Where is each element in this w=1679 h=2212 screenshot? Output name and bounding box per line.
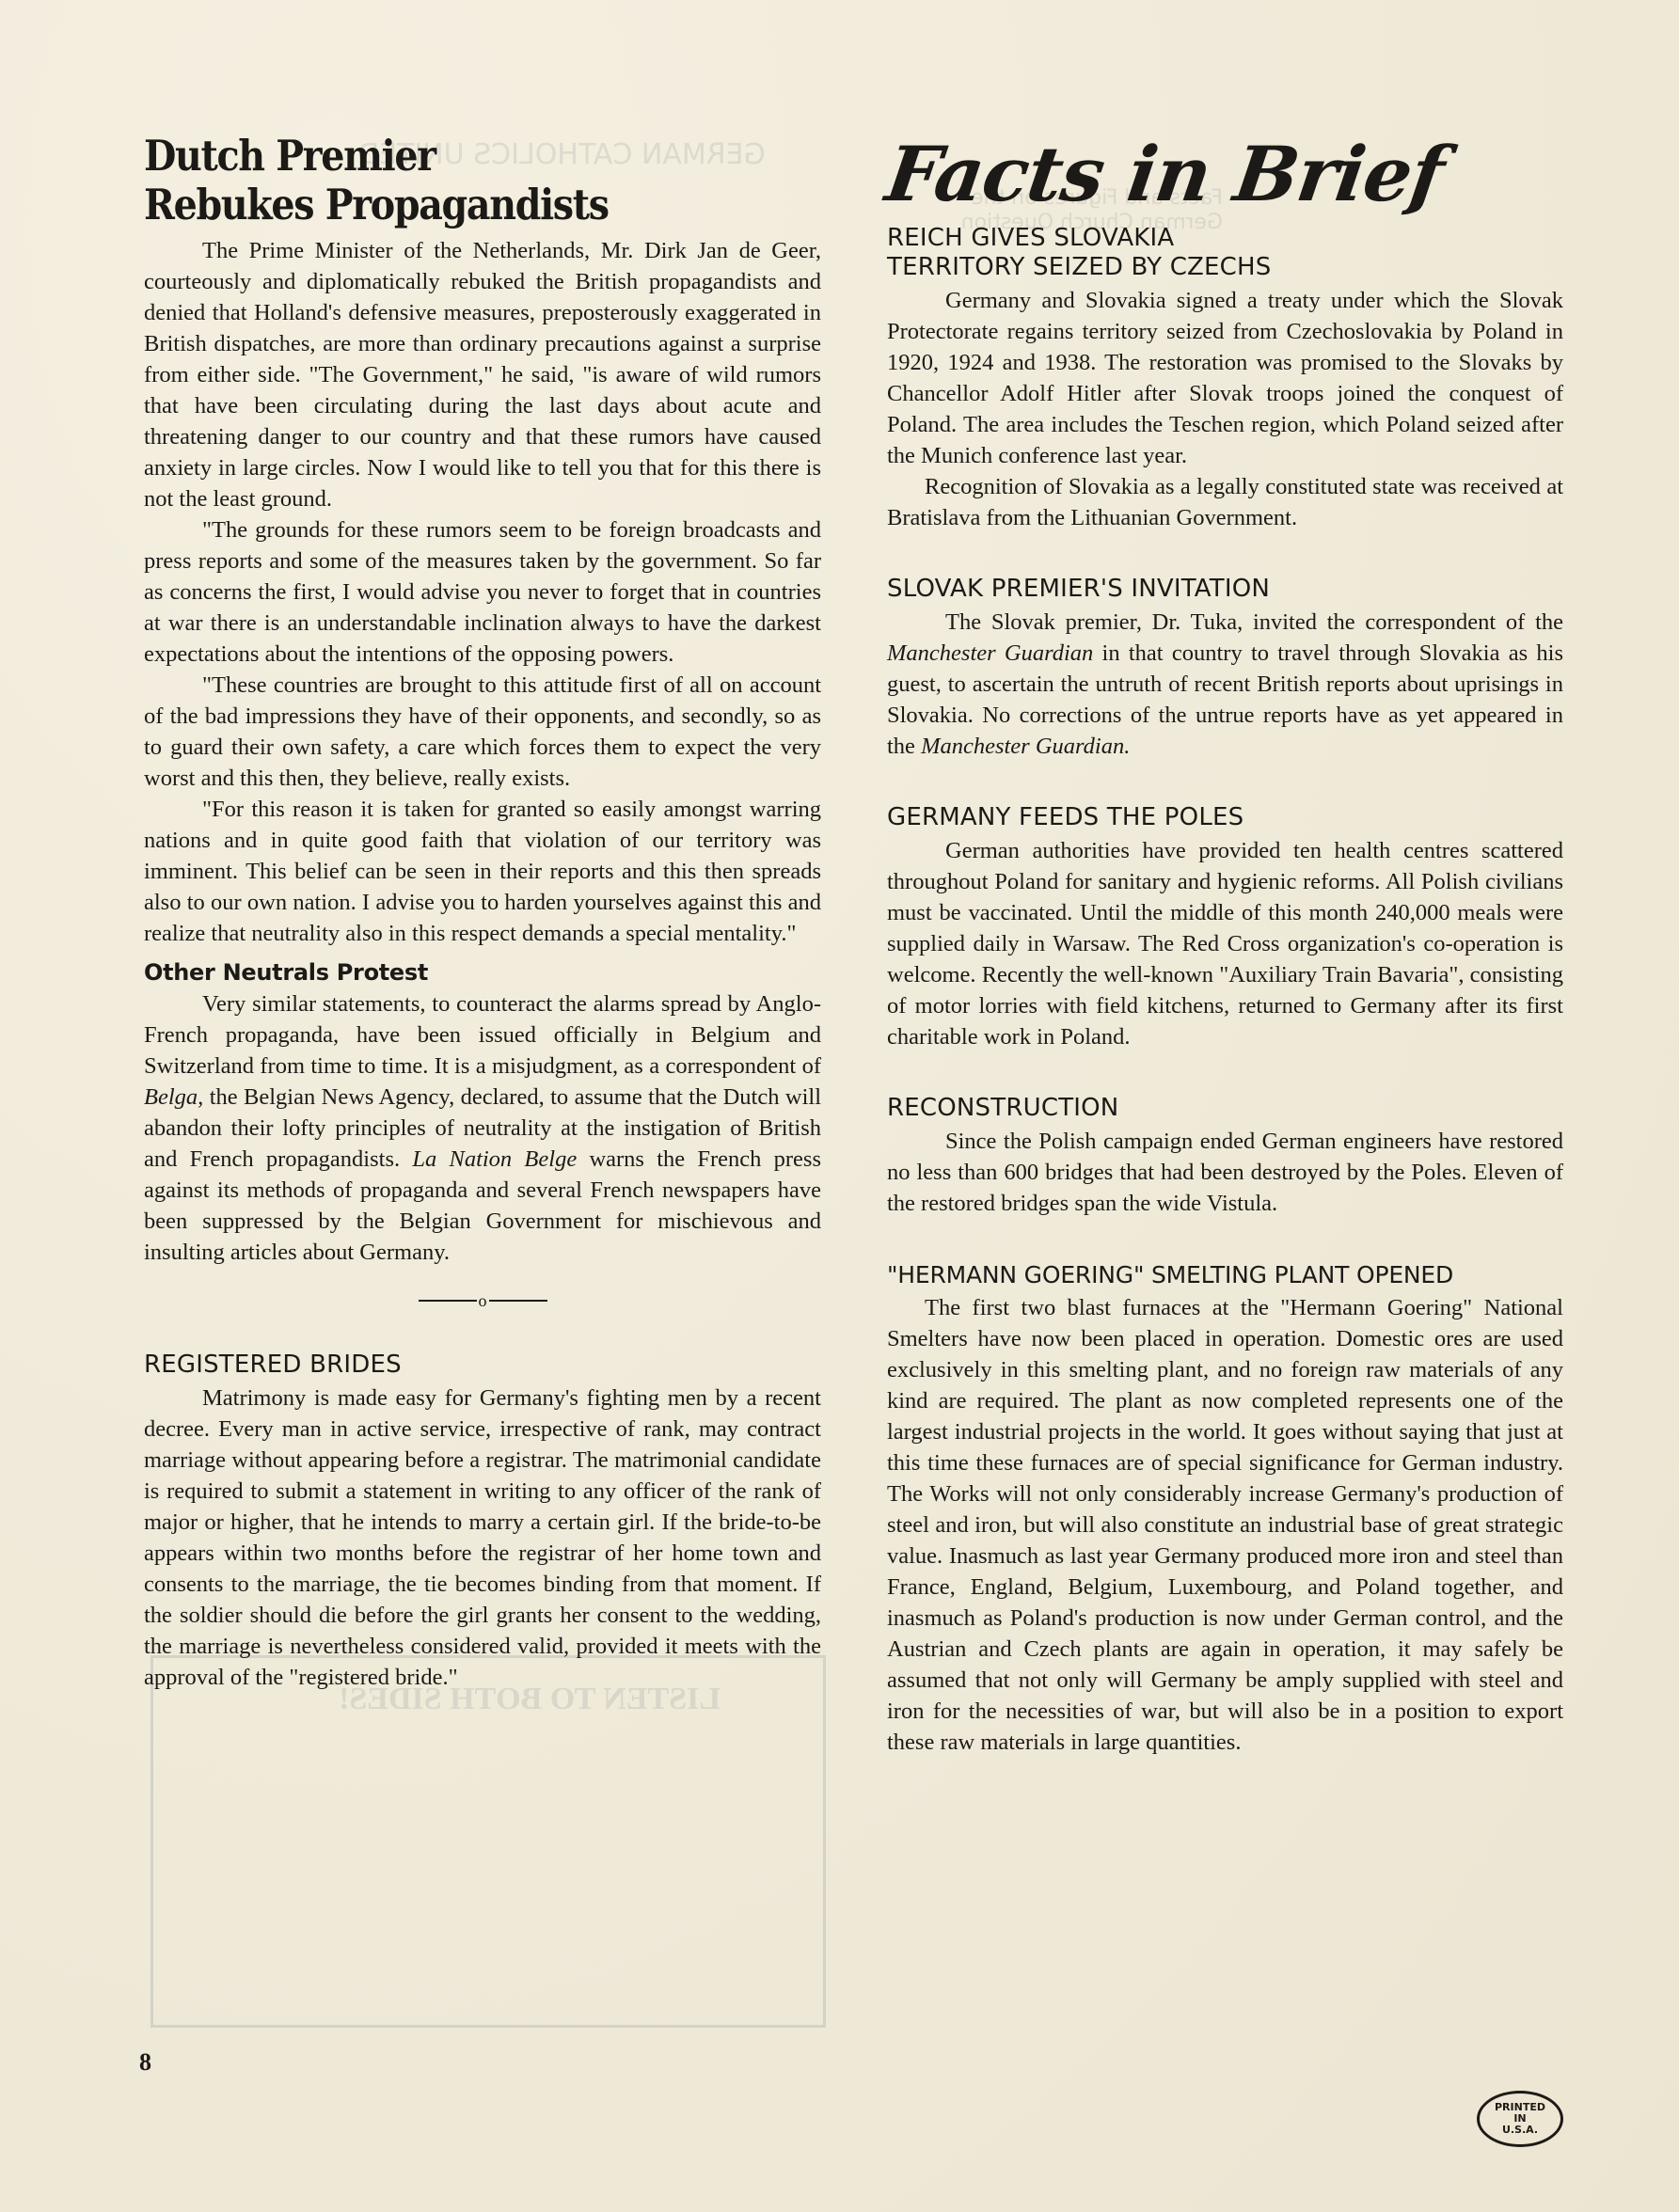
publication-name: Belga, bbox=[144, 1084, 203, 1110]
text-run: Very similar statements, to counteract t… bbox=[144, 991, 821, 1079]
section-heading: SLOVAK PREMIER'S INVITATION bbox=[887, 575, 1563, 604]
heading-line: REICH GIVES SLOVAKIA bbox=[887, 224, 1563, 253]
section-paragraph: The Slovak premier, Dr. Tuka, invited th… bbox=[887, 607, 1563, 762]
article-headline: Dutch Premier Rebukes Propagandists bbox=[144, 132, 740, 229]
section-heading-registered-brides: REGISTERED BRIDES bbox=[144, 1351, 821, 1380]
facts-section-slovakia-territory: REICH GIVES SLOVAKIA TERRITORY SEIZED BY… bbox=[887, 224, 1563, 533]
section-paragraph: The first two blast furnaces at the "Her… bbox=[887, 1292, 1563, 1758]
text-run: The Slovak premier, Dr. Tuka, invited th… bbox=[945, 609, 1563, 635]
printed-in-usa-stamp: PRINTED IN U.S.A. bbox=[1477, 2091, 1563, 2147]
facts-section-slovak-premier: SLOVAK PREMIER'S INVITATION The Slovak p… bbox=[887, 575, 1563, 762]
section-paragraph: Germany and Slovakia signed a treaty und… bbox=[887, 285, 1563, 471]
page-number: 8 bbox=[139, 2048, 151, 2077]
subheading-other-neutrals: Other Neutrals Protest bbox=[144, 958, 821, 987]
headline-line-1: Dutch Premier bbox=[144, 132, 740, 181]
section-heading: GERMANY FEEDS THE POLES bbox=[887, 803, 1563, 832]
divider-ornament: o bbox=[477, 1292, 489, 1309]
section-heading: "HERMANN GOERING" SMELTING PLANT OPENED bbox=[887, 1260, 1563, 1289]
right-column: Facts in Brief REICH GIVES SLOVAKIA TERR… bbox=[887, 132, 1563, 1799]
stamp-text: U.S.A. bbox=[1502, 2125, 1538, 2136]
bleed-through-box bbox=[150, 1655, 826, 2028]
section-paragraph: Since the Polish campaign ended German e… bbox=[887, 1126, 1563, 1219]
brides-paragraph: Matrimony is made easy for Germany's fig… bbox=[144, 1382, 821, 1693]
publication-name: Manchester Guardian bbox=[887, 640, 1093, 666]
article-paragraph: "For this reason it is taken for granted… bbox=[144, 794, 821, 949]
section-divider: o bbox=[144, 1292, 821, 1309]
facts-section-hermann-goering-plant: "HERMANN GOERING" SMELTING PLANT OPENED … bbox=[887, 1260, 1563, 1758]
section-heading: RECONSTRUCTION bbox=[887, 1094, 1563, 1123]
article-paragraph: "These countries are brought to this att… bbox=[144, 670, 821, 794]
section-paragraph: German authorities have provided ten hea… bbox=[887, 835, 1563, 1052]
headline-line-2: Rebukes Propagandists bbox=[144, 181, 740, 229]
section-heading: REICH GIVES SLOVAKIA TERRITORY SEIZED BY… bbox=[887, 224, 1563, 282]
publication-name: La Nation Belge bbox=[412, 1146, 577, 1172]
facts-in-brief-title: Facts in Brief bbox=[881, 132, 1570, 216]
facts-section-reconstruction: RECONSTRUCTION Since the Polish campaign… bbox=[887, 1094, 1563, 1219]
article-paragraph: The Prime Minister of the Netherlands, M… bbox=[144, 235, 821, 514]
article-paragraph: "The grounds for these rumors seem to be… bbox=[144, 514, 821, 670]
publication-name: Manchester Guardian. bbox=[921, 734, 1130, 759]
left-column: Dutch Premier Rebukes Propagandists The … bbox=[144, 132, 821, 1693]
divider-line bbox=[489, 1300, 547, 1302]
section-paragraph: Recognition of Slovakia as a legally con… bbox=[887, 471, 1563, 533]
heading-line: TERRITORY SEIZED BY CZECHS bbox=[887, 253, 1563, 282]
divider-line bbox=[419, 1300, 477, 1302]
magazine-page: GERMAN CATHOLICS UNITED Facts and Figure… bbox=[0, 0, 1679, 2212]
facts-section-germany-feeds-poles: GERMANY FEEDS THE POLES German authoriti… bbox=[887, 803, 1563, 1052]
neutrals-paragraph: Very similar statements, to counteract t… bbox=[144, 988, 821, 1268]
